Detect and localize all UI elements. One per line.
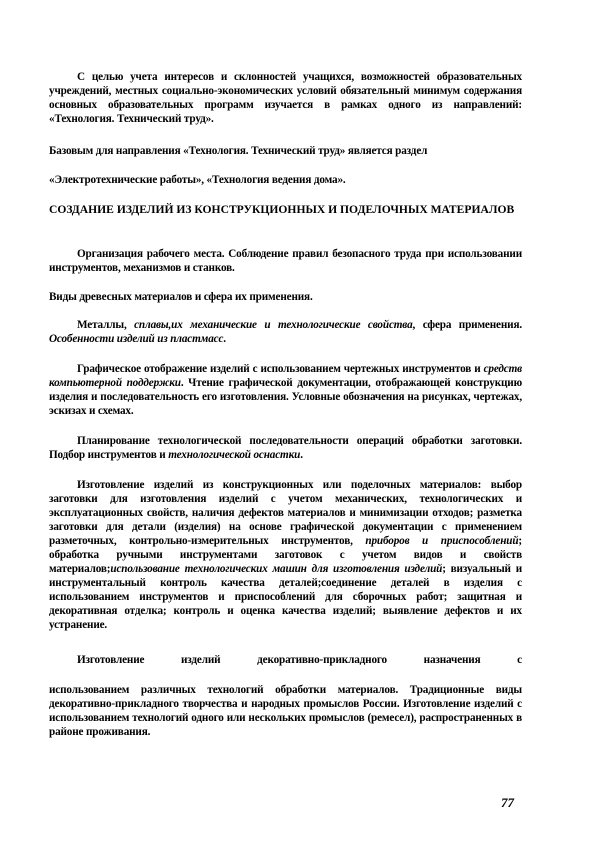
paragraph-decorative: использованием различных технологий обра…	[49, 683, 522, 739]
italic-run: сплавы,их механические и технологические…	[134, 319, 412, 331]
italic-run: использование технологических машин для …	[110, 563, 442, 575]
paragraph-graphics: Графическое отображение изделий с исполь…	[49, 362, 522, 418]
text-run: .	[300, 449, 303, 461]
paragraph-manufacturing: Изготовление изделий из конструкционных …	[49, 478, 522, 632]
paragraph-planning: Планирование технологической последовате…	[49, 434, 522, 462]
italic-run: технологической оснастки	[168, 449, 300, 461]
text-run: , сфера применения.	[413, 319, 522, 331]
text-run: Металлы,	[77, 319, 134, 331]
page-number: 77	[484, 795, 514, 811]
section-heading: СОЗДАНИЕ ИЗДЕЛИЙ ИЗ КОНСТРУКЦИОННЫХ И ПО…	[49, 203, 522, 217]
paragraph-electro-section: «Электротехнические работы», «Технология…	[49, 173, 522, 187]
paragraph-workplace: Организация рабочего места. Соблюдение п…	[49, 247, 522, 275]
paragraph-wood-materials: Виды древесных материалов и сфера их при…	[49, 290, 522, 304]
italic-run: приборов и приспособлений	[365, 535, 518, 547]
paragraph-decorative-heading-line: Изготовление изделий декоративно-приклад…	[49, 653, 522, 667]
text-run: Графическое отображение изделий с исполь…	[77, 363, 484, 375]
paragraph-metals: Металлы, сплавы,их механические и технол…	[49, 318, 522, 346]
text-run: .	[223, 333, 226, 345]
paragraph-basic-section: Базовым для направления «Технология. Тех…	[49, 144, 522, 158]
paragraph-intro: С целью учета интересов и склонностей уч…	[49, 70, 522, 126]
italic-run: Особенности изделий из пластмасс	[49, 333, 223, 345]
